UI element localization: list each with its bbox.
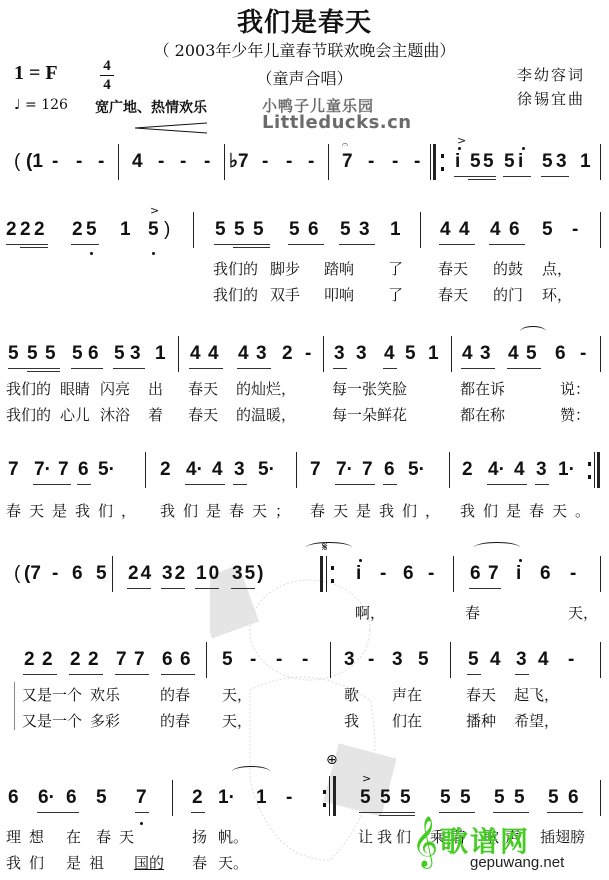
underline bbox=[461, 368, 495, 369]
lyric: 天。 bbox=[218, 852, 248, 873]
lyric: 们在 bbox=[392, 710, 422, 731]
barline bbox=[112, 556, 113, 592]
lyric: 理想 bbox=[6, 826, 52, 847]
note: 5 bbox=[514, 786, 525, 810]
barline bbox=[326, 556, 327, 592]
note-high: i bbox=[455, 150, 460, 174]
note: 6 bbox=[162, 648, 173, 672]
note: - bbox=[52, 562, 58, 586]
underline bbox=[535, 484, 549, 485]
underline bbox=[71, 368, 103, 369]
note: 3 bbox=[234, 458, 245, 482]
underline bbox=[77, 484, 91, 485]
note: 5 bbox=[542, 218, 553, 242]
lyric: 我们 bbox=[6, 852, 52, 873]
note: 3 bbox=[536, 458, 547, 482]
note: - bbox=[380, 562, 386, 586]
note: 6 bbox=[78, 458, 89, 482]
note: 6 bbox=[308, 218, 319, 242]
lyric: 春天是我们， bbox=[310, 500, 448, 521]
note: 3 bbox=[356, 342, 367, 366]
lyric: 的春 bbox=[160, 684, 190, 705]
underline bbox=[8, 368, 60, 369]
note: 1 bbox=[155, 342, 166, 366]
note: 5 bbox=[440, 786, 451, 810]
note: 35) bbox=[232, 562, 265, 586]
lyric: 的鼓 bbox=[493, 258, 523, 279]
repeat-dot bbox=[441, 154, 444, 158]
note: - bbox=[580, 342, 586, 366]
repeat-dot bbox=[441, 167, 444, 171]
barline bbox=[178, 336, 179, 372]
lyric: 我们的 bbox=[213, 258, 258, 279]
note: 5 bbox=[542, 150, 553, 174]
lyric: 我们的 bbox=[213, 284, 258, 305]
note: 2 bbox=[72, 218, 83, 242]
note: 3 bbox=[359, 218, 370, 242]
underline bbox=[6, 244, 48, 245]
score-line-2: 2 2 2 2 5 1 > 5 ) 5 5 5 5 6 5 3 1 4 4 4 … bbox=[0, 218, 609, 258]
low-dot bbox=[140, 822, 143, 825]
underline bbox=[214, 244, 270, 245]
lyric: 又是一个 bbox=[22, 710, 82, 731]
lyric: 国的 bbox=[134, 852, 164, 873]
barline-thick bbox=[597, 452, 600, 488]
note: 10 bbox=[196, 562, 221, 586]
repeat-dot bbox=[331, 566, 334, 570]
accent-icon: > bbox=[150, 204, 159, 217]
lyric: 春天 bbox=[466, 684, 496, 705]
underline bbox=[33, 484, 71, 485]
lyric: 环， bbox=[542, 284, 572, 305]
high-dot bbox=[458, 147, 461, 150]
verse-bracket bbox=[14, 682, 15, 730]
note: 4 bbox=[440, 218, 451, 242]
note: 6 bbox=[384, 458, 395, 482]
note: 3 bbox=[480, 342, 491, 366]
lyric: 沐浴 bbox=[100, 404, 130, 425]
lyric: 的灿烂， bbox=[236, 378, 296, 399]
note: 5 bbox=[289, 218, 300, 242]
lyric: 又是一个 bbox=[22, 684, 82, 705]
expression-marking: 宽广地、热情欢乐 bbox=[95, 97, 207, 117]
underline bbox=[379, 815, 415, 816]
note: 24 bbox=[128, 562, 153, 586]
note: 5 bbox=[215, 218, 226, 242]
note: 4 bbox=[384, 342, 395, 366]
underline bbox=[383, 484, 397, 485]
underline bbox=[333, 368, 347, 369]
score-line-6: 2 2 2 2 7 7 6 6 5 - - - 3 - 3 5 5 4 3 4 … bbox=[0, 648, 609, 688]
underline bbox=[189, 368, 223, 369]
paren-close: ) bbox=[164, 218, 170, 242]
note: 5 bbox=[222, 648, 233, 672]
lyric: 是祖 bbox=[66, 852, 112, 873]
underline bbox=[489, 244, 525, 245]
note: i bbox=[518, 150, 523, 174]
underline bbox=[237, 368, 271, 369]
note: 7 bbox=[134, 648, 145, 672]
barline-double bbox=[430, 144, 431, 180]
underline bbox=[233, 247, 270, 248]
note: 4 bbox=[514, 458, 525, 482]
note: 4 bbox=[490, 218, 501, 242]
high-dot bbox=[519, 559, 522, 562]
note: - bbox=[250, 648, 256, 672]
barline-double bbox=[594, 452, 595, 488]
lyric: 春 bbox=[192, 852, 207, 873]
barline bbox=[453, 556, 454, 592]
note: 6 bbox=[66, 786, 77, 810]
treble-clef-icon: 𝄞 bbox=[412, 816, 438, 867]
underline bbox=[185, 484, 225, 485]
note: 3 bbox=[334, 342, 345, 366]
note: 7 bbox=[310, 458, 321, 482]
note: 5 bbox=[405, 342, 416, 366]
lyric: 的温暖， bbox=[236, 404, 296, 425]
underline bbox=[359, 812, 415, 813]
lyric: 天， bbox=[568, 602, 598, 623]
repeat-dot bbox=[588, 462, 591, 466]
underline bbox=[191, 812, 205, 813]
note: 4 bbox=[490, 648, 501, 672]
note: 6 bbox=[88, 342, 99, 366]
note: 2 bbox=[20, 218, 31, 242]
lyric: 春天 bbox=[188, 378, 218, 399]
lyric: 扬 bbox=[192, 826, 207, 847]
note: - bbox=[302, 648, 308, 672]
underline bbox=[383, 368, 397, 369]
note: 4· bbox=[186, 458, 203, 482]
underline bbox=[541, 176, 569, 177]
lyricist-credit: 李幼容词 bbox=[517, 64, 585, 85]
note: 6· bbox=[38, 786, 55, 810]
lyric: 歌 bbox=[344, 684, 359, 705]
note: 5 bbox=[27, 342, 38, 366]
barline bbox=[451, 336, 452, 372]
barline bbox=[145, 452, 146, 488]
accent-icon: > bbox=[457, 134, 466, 147]
lyric: 春天 bbox=[188, 404, 218, 425]
lyric: 叩响 bbox=[324, 284, 354, 305]
note: 5 bbox=[494, 786, 505, 810]
song-title: 我们是春天 bbox=[0, 2, 609, 39]
note: 2 bbox=[462, 458, 473, 482]
lyric: 我们是春天； bbox=[160, 500, 298, 521]
note: - bbox=[572, 218, 578, 242]
underline bbox=[507, 368, 541, 369]
barline bbox=[118, 144, 119, 180]
tie-arc bbox=[232, 766, 270, 777]
underline bbox=[439, 244, 475, 245]
paren-open: ( bbox=[14, 150, 20, 174]
song-subtitle: （ 2003年少年儿童春节联欢晚会主题曲） bbox=[0, 38, 609, 61]
underline bbox=[161, 674, 195, 675]
note: 3 bbox=[556, 150, 567, 174]
lyric: 希望， bbox=[514, 710, 559, 731]
barline bbox=[206, 642, 207, 678]
barline bbox=[600, 336, 601, 372]
underline bbox=[231, 588, 255, 589]
barline bbox=[600, 556, 601, 592]
note: 4 bbox=[190, 342, 201, 366]
lyric: 点， bbox=[542, 258, 572, 279]
lyric: 了 bbox=[388, 258, 403, 279]
repeat-dot bbox=[323, 803, 326, 807]
note: 7 bbox=[58, 458, 69, 482]
underline bbox=[493, 812, 529, 813]
underline bbox=[37, 812, 79, 813]
underline bbox=[20, 247, 48, 248]
note: 7 bbox=[136, 786, 147, 810]
note: 1 bbox=[256, 786, 267, 810]
lyric: 脚步 bbox=[270, 258, 300, 279]
paren-open: ( bbox=[14, 562, 20, 586]
note: 5 bbox=[380, 786, 391, 810]
barline bbox=[449, 452, 450, 488]
lyric: 每一张笑脸 bbox=[332, 378, 407, 399]
note: 1 bbox=[120, 218, 131, 242]
underline bbox=[547, 812, 583, 813]
note: 5 bbox=[253, 218, 264, 242]
underline bbox=[127, 588, 151, 589]
note: - bbox=[428, 562, 434, 586]
barline bbox=[224, 144, 225, 180]
note: - bbox=[276, 648, 282, 672]
barline bbox=[330, 642, 331, 678]
note: 5 bbox=[418, 648, 429, 672]
note: 5 bbox=[460, 786, 471, 810]
note: 1 bbox=[390, 218, 401, 242]
note: 4 bbox=[459, 218, 470, 242]
lyric: 春天是我们， bbox=[6, 500, 144, 521]
note: 2 bbox=[70, 648, 81, 672]
note: 7· bbox=[336, 458, 353, 482]
tie-arc bbox=[520, 326, 546, 337]
underline bbox=[515, 674, 529, 675]
barline bbox=[600, 144, 601, 180]
underline bbox=[335, 484, 375, 485]
note: 5 bbox=[45, 342, 56, 366]
note-flat-seven: ♭7 bbox=[229, 150, 249, 174]
note: 2 bbox=[34, 218, 45, 242]
note: 1 bbox=[580, 150, 591, 174]
note: 1 bbox=[428, 342, 439, 366]
note-high: i bbox=[516, 562, 521, 586]
note: 5 bbox=[96, 786, 107, 810]
note: - bbox=[368, 648, 374, 672]
lyric: 心儿 bbox=[60, 404, 90, 425]
lyric: 着 bbox=[148, 404, 163, 425]
lyric: 多彩 bbox=[90, 710, 120, 731]
watermark-gepuwang-en: gepuwang.net bbox=[470, 854, 564, 871]
score-line-5: ( (7 - 6 5 24 32 10 35) 𝄋 i - 6 - 6 7 i … bbox=[0, 562, 609, 602]
note: 7 bbox=[488, 562, 499, 586]
lyric: 了 bbox=[388, 284, 403, 305]
barline bbox=[328, 144, 329, 180]
note: 5 bbox=[526, 342, 537, 366]
high-dot bbox=[359, 559, 362, 562]
note: 5 bbox=[360, 786, 371, 810]
barline bbox=[193, 212, 194, 248]
note: 5 bbox=[234, 218, 245, 242]
lyric: 我们是春天。 bbox=[460, 500, 598, 521]
lyric: 都在称 bbox=[460, 404, 505, 425]
note: 7 bbox=[362, 458, 373, 482]
repeat-dot bbox=[331, 579, 334, 583]
note: 2 bbox=[88, 648, 99, 672]
note: 1· bbox=[558, 458, 575, 482]
note: 4· bbox=[488, 458, 505, 482]
note: 7 bbox=[116, 648, 127, 672]
low-dot bbox=[90, 252, 93, 255]
note: 6 bbox=[470, 562, 481, 586]
underline bbox=[233, 484, 247, 485]
barline bbox=[600, 780, 601, 816]
lyric: 春天 bbox=[438, 284, 468, 305]
note: 6 bbox=[555, 342, 566, 366]
lyric: 春天 bbox=[96, 826, 142, 847]
watermark-gepuwang: 𝄞 歌谱网 gepuwang.net bbox=[440, 820, 530, 860]
lyric: 天， bbox=[222, 684, 252, 705]
note: 3 bbox=[392, 648, 403, 672]
barline-thick bbox=[433, 144, 436, 180]
underline bbox=[23, 674, 57, 675]
note: 2 bbox=[42, 648, 53, 672]
underline bbox=[27, 371, 60, 372]
note: 5 bbox=[72, 342, 83, 366]
low-dot bbox=[152, 252, 155, 255]
lyric: 春天 bbox=[438, 258, 468, 279]
barline bbox=[450, 642, 451, 678]
lyric: 起飞， bbox=[514, 684, 559, 705]
note: 2 bbox=[192, 786, 203, 810]
note: 3 bbox=[516, 648, 527, 672]
lyric: 声在 bbox=[392, 684, 422, 705]
repeat-dot bbox=[588, 475, 591, 479]
note: 5· bbox=[258, 458, 275, 482]
underline bbox=[135, 812, 149, 813]
composer-credit: 徐锡宜曲 bbox=[517, 88, 585, 109]
note: (7 bbox=[24, 562, 41, 586]
coda-icon: ⊕ bbox=[326, 752, 338, 768]
barline-thick bbox=[333, 776, 336, 816]
note: 5 bbox=[548, 786, 559, 810]
note: 7 bbox=[8, 458, 19, 482]
underline bbox=[195, 588, 219, 589]
note: 5 bbox=[470, 150, 481, 174]
note: 2 bbox=[282, 342, 293, 366]
underline bbox=[69, 674, 103, 675]
barline bbox=[600, 212, 601, 248]
note: 1· bbox=[218, 786, 235, 810]
underline bbox=[467, 674, 481, 675]
note: - bbox=[570, 562, 576, 586]
underline bbox=[113, 368, 145, 369]
underline bbox=[487, 484, 527, 485]
note: 5 bbox=[114, 342, 125, 366]
underline bbox=[503, 176, 531, 177]
underline bbox=[339, 244, 375, 245]
note: 5 bbox=[400, 786, 411, 810]
note: 4 bbox=[462, 342, 473, 366]
note: 6 bbox=[568, 786, 579, 810]
note: 4 bbox=[508, 342, 519, 366]
note: 5 bbox=[86, 218, 97, 242]
lyric: 我们的 bbox=[6, 378, 51, 399]
note: 2 bbox=[6, 218, 17, 242]
lyric: 赞： bbox=[560, 404, 590, 425]
barline bbox=[323, 336, 324, 372]
note: 3 bbox=[256, 342, 267, 366]
lyric: 出 bbox=[148, 378, 163, 399]
underline bbox=[454, 176, 496, 177]
note: 5 bbox=[96, 562, 107, 586]
note: 3 bbox=[344, 648, 355, 672]
note: 6 bbox=[180, 648, 191, 672]
note: - bbox=[286, 786, 292, 810]
note: 5 bbox=[504, 150, 515, 174]
note: 7 bbox=[342, 150, 353, 174]
underline bbox=[161, 588, 185, 589]
note: 6 bbox=[8, 786, 19, 810]
score-line-1: ( (1 --- 4 --- ♭7 --- 𝄐 7 --- > i 5 5 5 … bbox=[0, 150, 609, 190]
barline bbox=[600, 642, 601, 678]
tempo-marking: ♩ = 126 bbox=[14, 97, 68, 113]
note: 32 bbox=[162, 562, 187, 586]
lyric: 在 bbox=[66, 826, 81, 847]
underline bbox=[469, 588, 501, 589]
lyric: 欢乐 bbox=[90, 684, 120, 705]
barline-thick bbox=[320, 556, 323, 592]
note: 6 bbox=[72, 562, 83, 586]
note: 6 bbox=[509, 218, 520, 242]
lyric: 踏响 bbox=[324, 258, 354, 279]
lyric: 闪亮 bbox=[100, 378, 130, 399]
accent-icon: > bbox=[362, 772, 371, 785]
lyric: 每一朵鲜花 bbox=[332, 404, 407, 425]
lyric: 我们的 bbox=[6, 404, 51, 425]
lyric: 我 bbox=[344, 710, 359, 731]
note: 2 bbox=[160, 458, 171, 482]
note: 4 bbox=[212, 458, 223, 482]
lyric: 都在诉 bbox=[460, 378, 505, 399]
watermark-littleducks-en: Littleducks.cn bbox=[262, 112, 412, 133]
note: 5 bbox=[340, 218, 351, 242]
note: 4 bbox=[132, 150, 143, 174]
lyric: 让我们 bbox=[358, 826, 415, 847]
slur-arc bbox=[306, 542, 352, 553]
note: 5· bbox=[98, 458, 115, 482]
note: 4 bbox=[538, 648, 549, 672]
lyric: 双手 bbox=[270, 284, 300, 305]
underline bbox=[468, 179, 496, 180]
note-high: i bbox=[356, 562, 361, 586]
note: 5 bbox=[468, 648, 479, 672]
underline bbox=[439, 812, 475, 813]
note: 3 bbox=[130, 342, 141, 366]
note: 4 bbox=[208, 342, 219, 366]
note: (1 bbox=[26, 150, 43, 174]
lyric: 说： bbox=[560, 378, 590, 399]
note: 7· bbox=[34, 458, 51, 482]
lyric: 插翅膀 bbox=[540, 826, 585, 847]
note: 5 bbox=[8, 342, 19, 366]
lyric: 的春 bbox=[160, 710, 190, 731]
lyric: 眼睛 bbox=[60, 378, 90, 399]
note: 6 bbox=[540, 562, 551, 586]
note: 2 bbox=[24, 648, 35, 672]
